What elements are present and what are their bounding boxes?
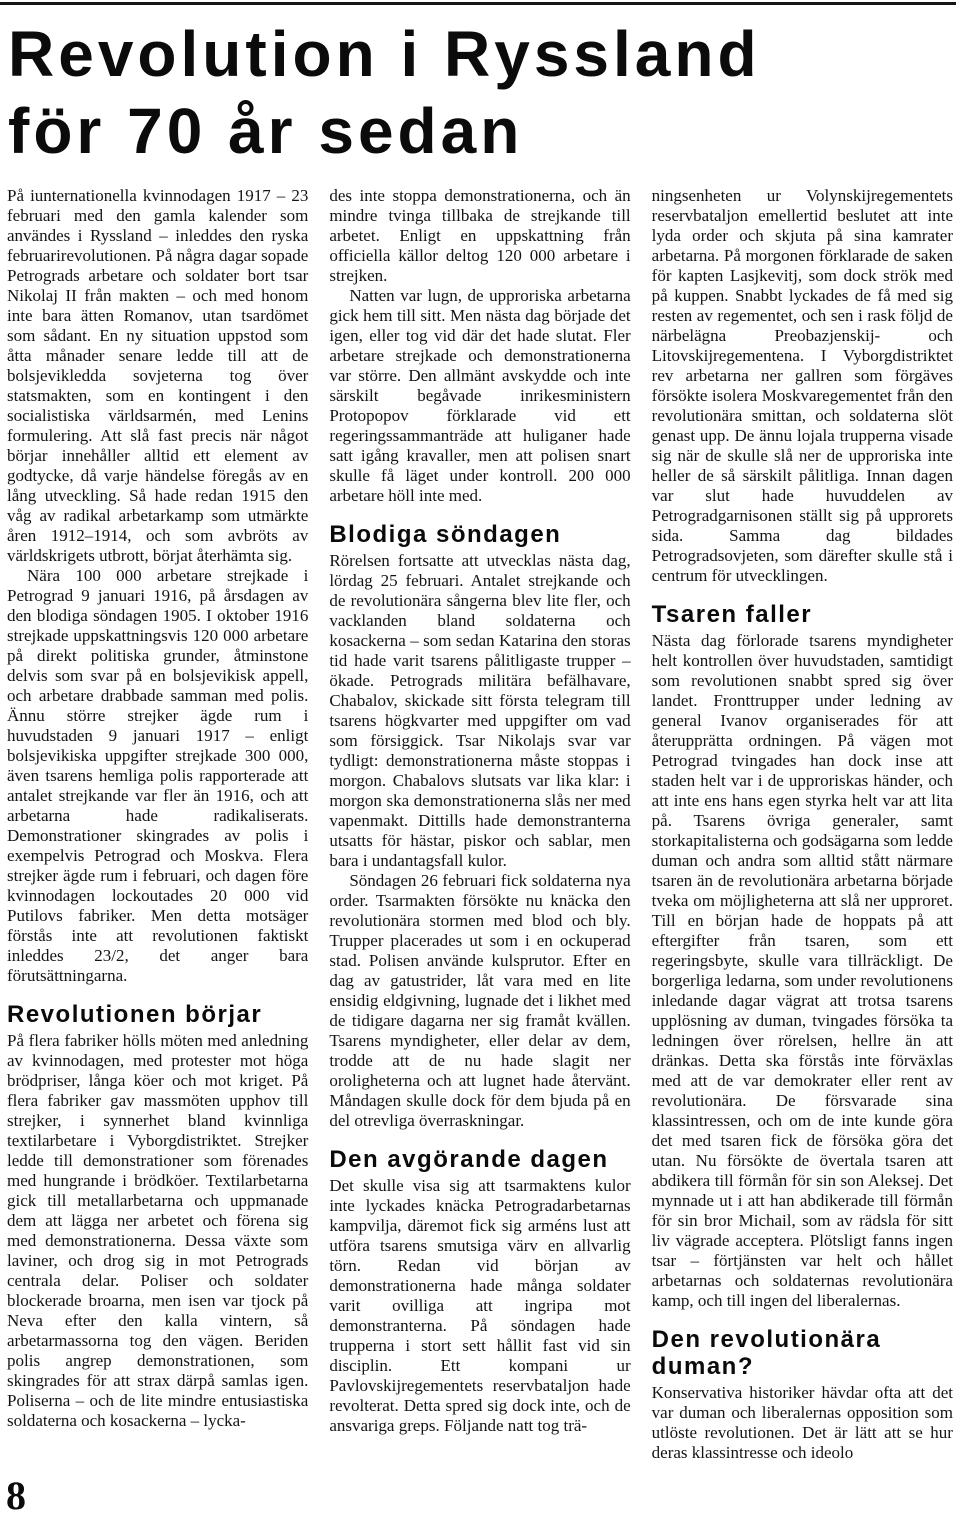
section-heading-tsaren-faller: Tsaren faller [652, 601, 953, 628]
paragraph: Nära 100 000 arbetare strejkade i Petrog… [7, 566, 308, 986]
paragraph: Rörelsen fortsatte att utvecklas nästa d… [329, 551, 630, 871]
article-body: På iunternationella kvinnodagen 1917 – 2… [0, 170, 960, 1463]
section-heading-revolutionen-borjar: Revolutionen börjar [7, 1001, 308, 1028]
paragraph: Natten var lugn, de upproriska arbetarna… [329, 286, 630, 506]
newspaper-page: Revolution i Ryssland för 70 år sedan På… [0, 0, 960, 1516]
section-heading-den-revolutionara-duman: Den revolutionära duman? [652, 1326, 953, 1380]
paragraph: På flera fabriker hölls möten med anledn… [7, 1031, 308, 1431]
paragraph: ningsenheten ur Volynskijregementets res… [652, 186, 953, 586]
section-heading-blodiga-sondagen: Blodiga söndagen [329, 521, 630, 548]
top-rule [0, 2, 956, 5]
article-masthead: Revolution i Ryssland för 70 år sedan [0, 0, 960, 170]
paragraph: des inte stoppa demonstrationerna, och ä… [329, 186, 630, 286]
column-1: På iunternationella kvinnodagen 1917 – 2… [7, 186, 308, 1463]
article-title-line-1: Revolution i Ryssland [8, 16, 952, 93]
article-title-line-2: för 70 år sedan [8, 93, 952, 170]
column-2: des inte stoppa demonstrationerna, och ä… [329, 186, 630, 1463]
section-heading-den-avgorande-dagen: Den avgörande dagen [329, 1146, 630, 1173]
paragraph: På iunternationella kvinnodagen 1917 – 2… [7, 186, 308, 566]
paragraph: Konservativa historiker hävdar ofta att … [652, 1383, 953, 1463]
paragraph: Söndagen 26 februari fick soldaterna nya… [329, 871, 630, 1131]
paragraph: Nästa dag förlorade tsarens myndigheter … [652, 631, 953, 1311]
page-number: 8 [6, 1476, 26, 1516]
column-3: ningsenheten ur Volynskijregementets res… [652, 186, 953, 1463]
paragraph: Det skulle visa sig att tsarmaktens kulo… [329, 1176, 630, 1436]
